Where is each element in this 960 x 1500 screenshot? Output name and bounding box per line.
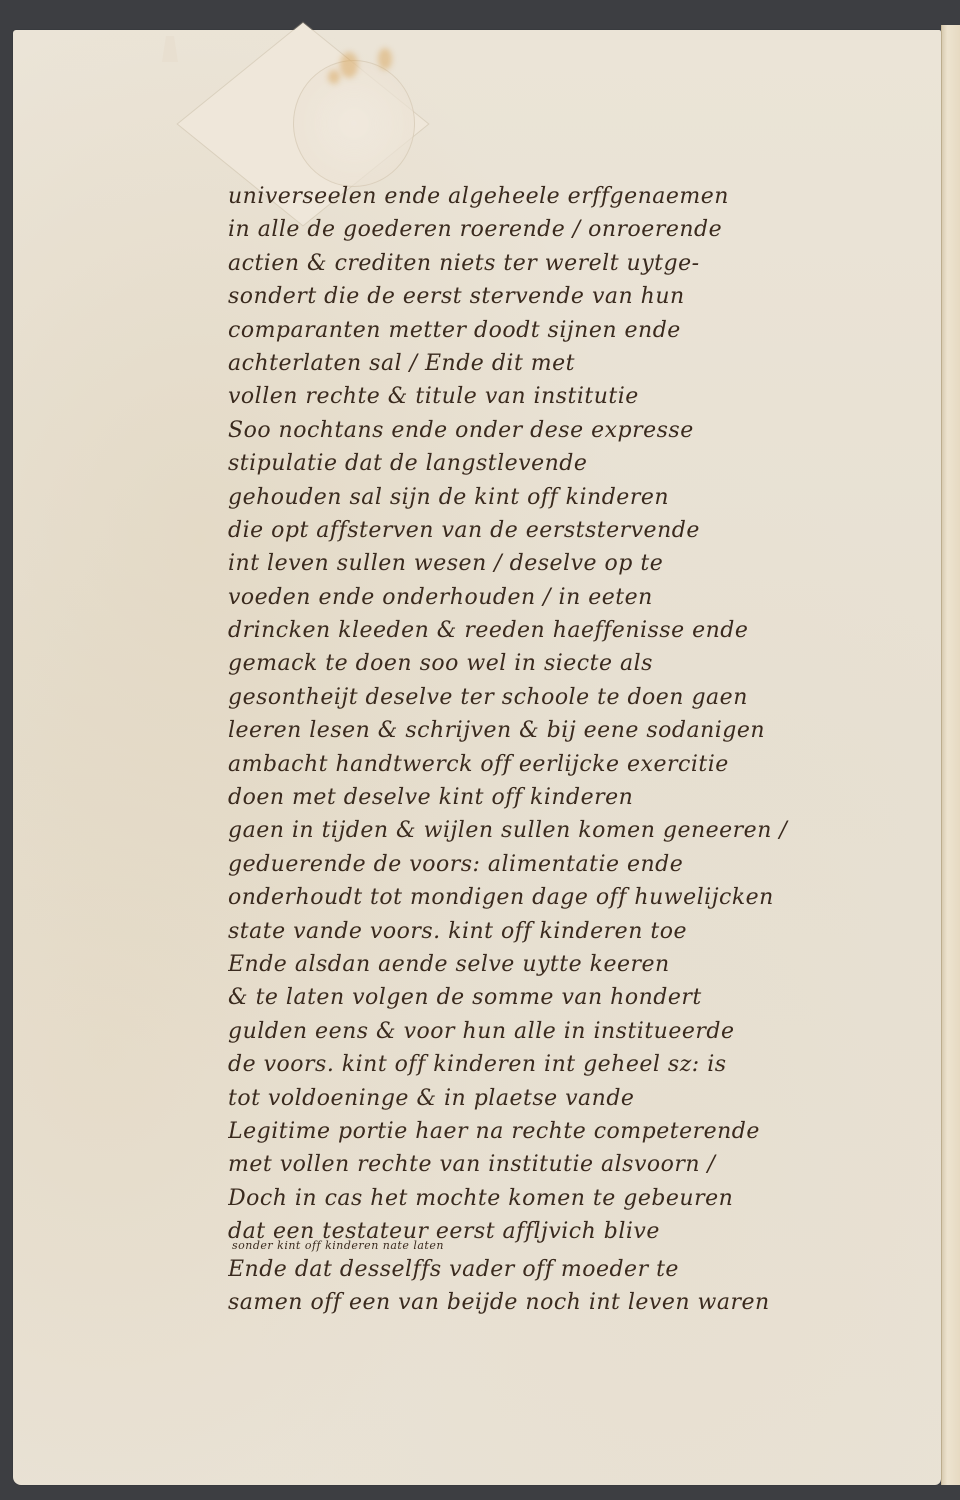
text-line: met vollen rechte van institutie alsvoor… [228, 1148, 928, 1181]
text-line: actien & crediten niets ter werelt uytge… [228, 247, 928, 280]
text-line: gesontheijt deselve ter schoole te doen … [228, 681, 928, 714]
text-line: gehouden sal sijn de kint off kinderen [228, 481, 928, 514]
text-line: tot voldoeninge & in plaetse vande [228, 1082, 928, 1115]
text-line: de voors. kint off kinderen int geheel s… [228, 1048, 928, 1081]
text-line: geduerende de voors: alimentatie ende [228, 848, 928, 881]
text-line: die opt affsterven van de eerststervende [228, 514, 928, 547]
text-line: Ende dat desselffs vader off moeder te [228, 1253, 928, 1286]
text-line: comparanten metter doodt sijnen ende [228, 314, 928, 347]
text-line: Legitime portie haer na rechte competere… [228, 1115, 928, 1148]
text-line: stipulatie dat de langstlevende [228, 447, 928, 480]
text-line: leeren lesen & schrijven & bij eene soda… [228, 714, 928, 747]
foxing-stain [378, 48, 392, 70]
text-line: Doch in cas het mochte komen te gebeuren [228, 1182, 928, 1215]
text-line: ambacht handtwerck off eerlijcke exercit… [228, 748, 928, 781]
text-line: gulden eens & voor hun alle in instituee… [228, 1015, 928, 1048]
text-line: gaen in tijden & wijlen sullen komen gen… [228, 814, 928, 847]
text-line: in alle de goederen roerende / onroerend… [228, 213, 928, 246]
text-line: onderhoudt tot mondigen dage off huwelij… [228, 881, 928, 914]
text-line: achterlaten sal / Ende dit met [228, 347, 928, 380]
text-line: state vande voors. kint off kinderen toe [228, 915, 928, 948]
text-line: universeelen ende algeheele erffgenaemen [228, 180, 928, 213]
foxing-stain [340, 52, 358, 78]
handwritten-text: universeelen ende algeheele erffgenaemen… [228, 180, 928, 1319]
text-line: Soo nochtans ende onder dese expresse [228, 414, 928, 447]
seal-emboss-icon [293, 60, 415, 187]
foxing-stain [328, 70, 340, 84]
text-line: & te laten volgen de somme van hondert [228, 981, 928, 1014]
text-line: drincken kleeden & reeden haeffenisse en… [228, 614, 928, 647]
adjacent-page-edge [941, 25, 960, 1485]
text-line: gemack te doen soo wel in siecte als [228, 647, 928, 680]
text-line: samen off een van beijde noch int leven … [228, 1286, 928, 1319]
text-line: vollen rechte & titule van institutie [228, 380, 928, 413]
text-line: voeden ende onderhouden / in eeten [228, 581, 928, 614]
text-line: int leven sullen wesen / deselve op te [228, 547, 928, 580]
text-line: doen met deselve kint off kinderen [228, 781, 928, 814]
text-line: Ende alsdan aende selve uytte keeren [228, 948, 928, 981]
text-line: sondert die de eerst stervende van hun [228, 280, 928, 313]
paper-tab [158, 36, 178, 62]
